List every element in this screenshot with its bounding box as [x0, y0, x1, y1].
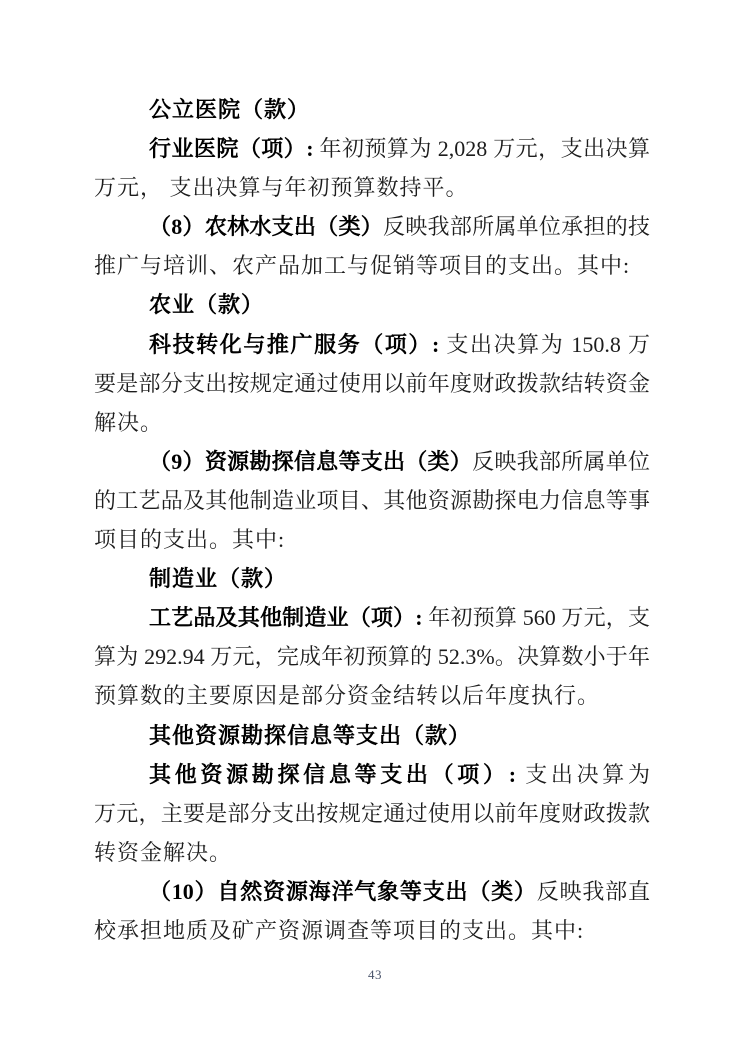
bold-text-run: 科技转化与推广服务（项）:: [149, 332, 439, 357]
bold-text-run: 其他资源勘探信息等支出（款）: [149, 723, 471, 748]
text-line: （9）资源勘探信息等支出（类）反映我部所属单位承担: [94, 442, 650, 481]
bold-text-run: （10）自然资源海洋气象等支出（类）: [149, 879, 537, 904]
section-heading: 制造业（款）: [94, 559, 650, 598]
heading-other-resource-exploration-information: 其他资源勘探信息等支出（款）: [94, 716, 650, 755]
bold-text-run: 公立医院（款）: [149, 97, 310, 122]
text-line: 的工艺品及其他制造业项目、其他资源勘探电力信息等事务: [94, 481, 650, 520]
body-text-run: 算为 292.94 万元，完成年初预算的 52.3%。决算数小于年初: [94, 644, 650, 676]
text-line: 万元， 支出决算与年初预算数持平。: [94, 168, 650, 207]
body-text-run: 万元，主要是部分支出按规定通过使用以前年度财政拨款结: [94, 801, 650, 833]
heading-public-hospital: 公立医院（款）: [94, 90, 650, 129]
body-text-run: 项目的支出。其中:: [94, 527, 285, 552]
page-number: 43: [0, 967, 750, 983]
text-line: 工艺品及其他制造业（项）: 年初预算 560 万元，支出决: [94, 598, 650, 637]
text-line: 预算数的主要原因是部分资金结转以后年度执行。: [94, 676, 650, 715]
para-9-resource-exploration-information-expenditure: （9）资源勘探信息等支出（类）反映我部所属单位承担的工艺品及其他制造业项目、其他…: [94, 442, 650, 559]
bold-text-run: （8）农林水支出（类）: [149, 214, 383, 239]
text-line: 项目的支出。其中:: [94, 520, 650, 559]
bold-text-run: 其他资源勘探信息等支出（项）:: [149, 762, 516, 787]
body-text-run: 推广与培训、农产品加工与促销等项目的支出。其中:: [94, 253, 630, 278]
text-line: 其他资源勘探信息等支出（项）: 支出决算为 4,957.48: [94, 755, 650, 794]
document-page: 公立医院（款）行业医院（项）: 年初预算为 2,028 万元，支出决算为 2,0…: [0, 0, 750, 1061]
text-line: 解决。: [94, 403, 650, 442]
text-line: 要是部分支出按规定通过使用以前年度财政拨款结转资金: [94, 364, 650, 403]
para-other-resource-exploration-information: 其他资源勘探信息等支出（项）: 支出决算为 4,957.48万元，主要是部分支出…: [94, 755, 650, 872]
text-line: 转资金解决。: [94, 833, 650, 872]
section-heading: 公立医院（款）: [94, 90, 650, 129]
body-text-run: 解决。: [94, 410, 163, 435]
bold-text-run: （9）资源勘探信息等支出（类）: [149, 449, 472, 474]
body-text-run: 校承担地质及矿产资源调查等项目的支出。其中:: [94, 918, 584, 943]
para-industry-hospital: 行业医院（项）: 年初预算为 2,028 万元，支出决算为 2,028万元， 支…: [94, 129, 650, 207]
body-text-run: 万元， 支出决算与年初预算数持平。: [94, 175, 469, 200]
section-heading: 其他资源勘探信息等支出（款）: [94, 716, 650, 755]
text-line: 万元，主要是部分支出按规定通过使用以前年度财政拨款结: [94, 794, 650, 833]
text-line: 校承担地质及矿产资源调查等项目的支出。其中:: [94, 911, 650, 950]
heading-manufacturing: 制造业（款）: [94, 559, 650, 598]
text-line: 推广与培训、农产品加工与促销等项目的支出。其中:: [94, 246, 650, 285]
bold-text-run: 行业医院（项）:: [149, 136, 314, 161]
para-tech-transfer-promotion-service: 科技转化与推广服务（项）: 支出决算为 150.8 万元，主要是部分支出按规定通…: [94, 325, 650, 442]
text-line: （10）自然资源海洋气象等支出（类）反映我部直属高: [94, 872, 650, 911]
body-text-run: 转资金解决。: [94, 840, 232, 865]
body-text-run: 预算数的主要原因是部分资金结转以后年度执行。: [94, 683, 600, 708]
heading-agriculture: 农业（款）: [94, 285, 650, 324]
text-line: （8）农林水支出（类）反映我部所属单位承担的技术: [94, 207, 650, 246]
bold-text-run: 农业（款）: [149, 292, 264, 317]
body-text-run: 要是部分支出按规定通过使用以前年度财政拨款结转资金: [94, 371, 650, 396]
bold-text-run: 工艺品及其他制造业（项）:: [149, 605, 423, 630]
text-line: 行业医院（项）: 年初预算为 2,028 万元，支出决算为 2,028: [94, 129, 650, 168]
para-8-agriculture-forestry-water-expenditure: （8）农林水支出（类）反映我部所属单位承担的技术推广与培训、农产品加工与促销等项…: [94, 207, 650, 285]
text-line: 科技转化与推广服务（项）: 支出决算为 150.8 万元，主: [94, 325, 650, 364]
document-body: 公立医院（款）行业医院（项）: 年初预算为 2,028 万元，支出决算为 2,0…: [94, 90, 650, 950]
text-line: 算为 292.94 万元，完成年初预算的 52.3%。决算数小于年初: [94, 637, 650, 676]
bold-text-run: 制造业（款）: [149, 566, 287, 591]
body-text-run: 的工艺品及其他制造业项目、其他资源勘探电力信息等事务: [94, 488, 650, 520]
para-handicrafts-other-manufacturing: 工艺品及其他制造业（项）: 年初预算 560 万元，支出决算为 292.94 万…: [94, 598, 650, 715]
section-heading: 农业（款）: [94, 285, 650, 324]
para-10-natural-resources-ocean-meteorology-expenditure: （10）自然资源海洋气象等支出（类）反映我部直属高校承担地质及矿产资源调查等项目…: [94, 872, 650, 950]
